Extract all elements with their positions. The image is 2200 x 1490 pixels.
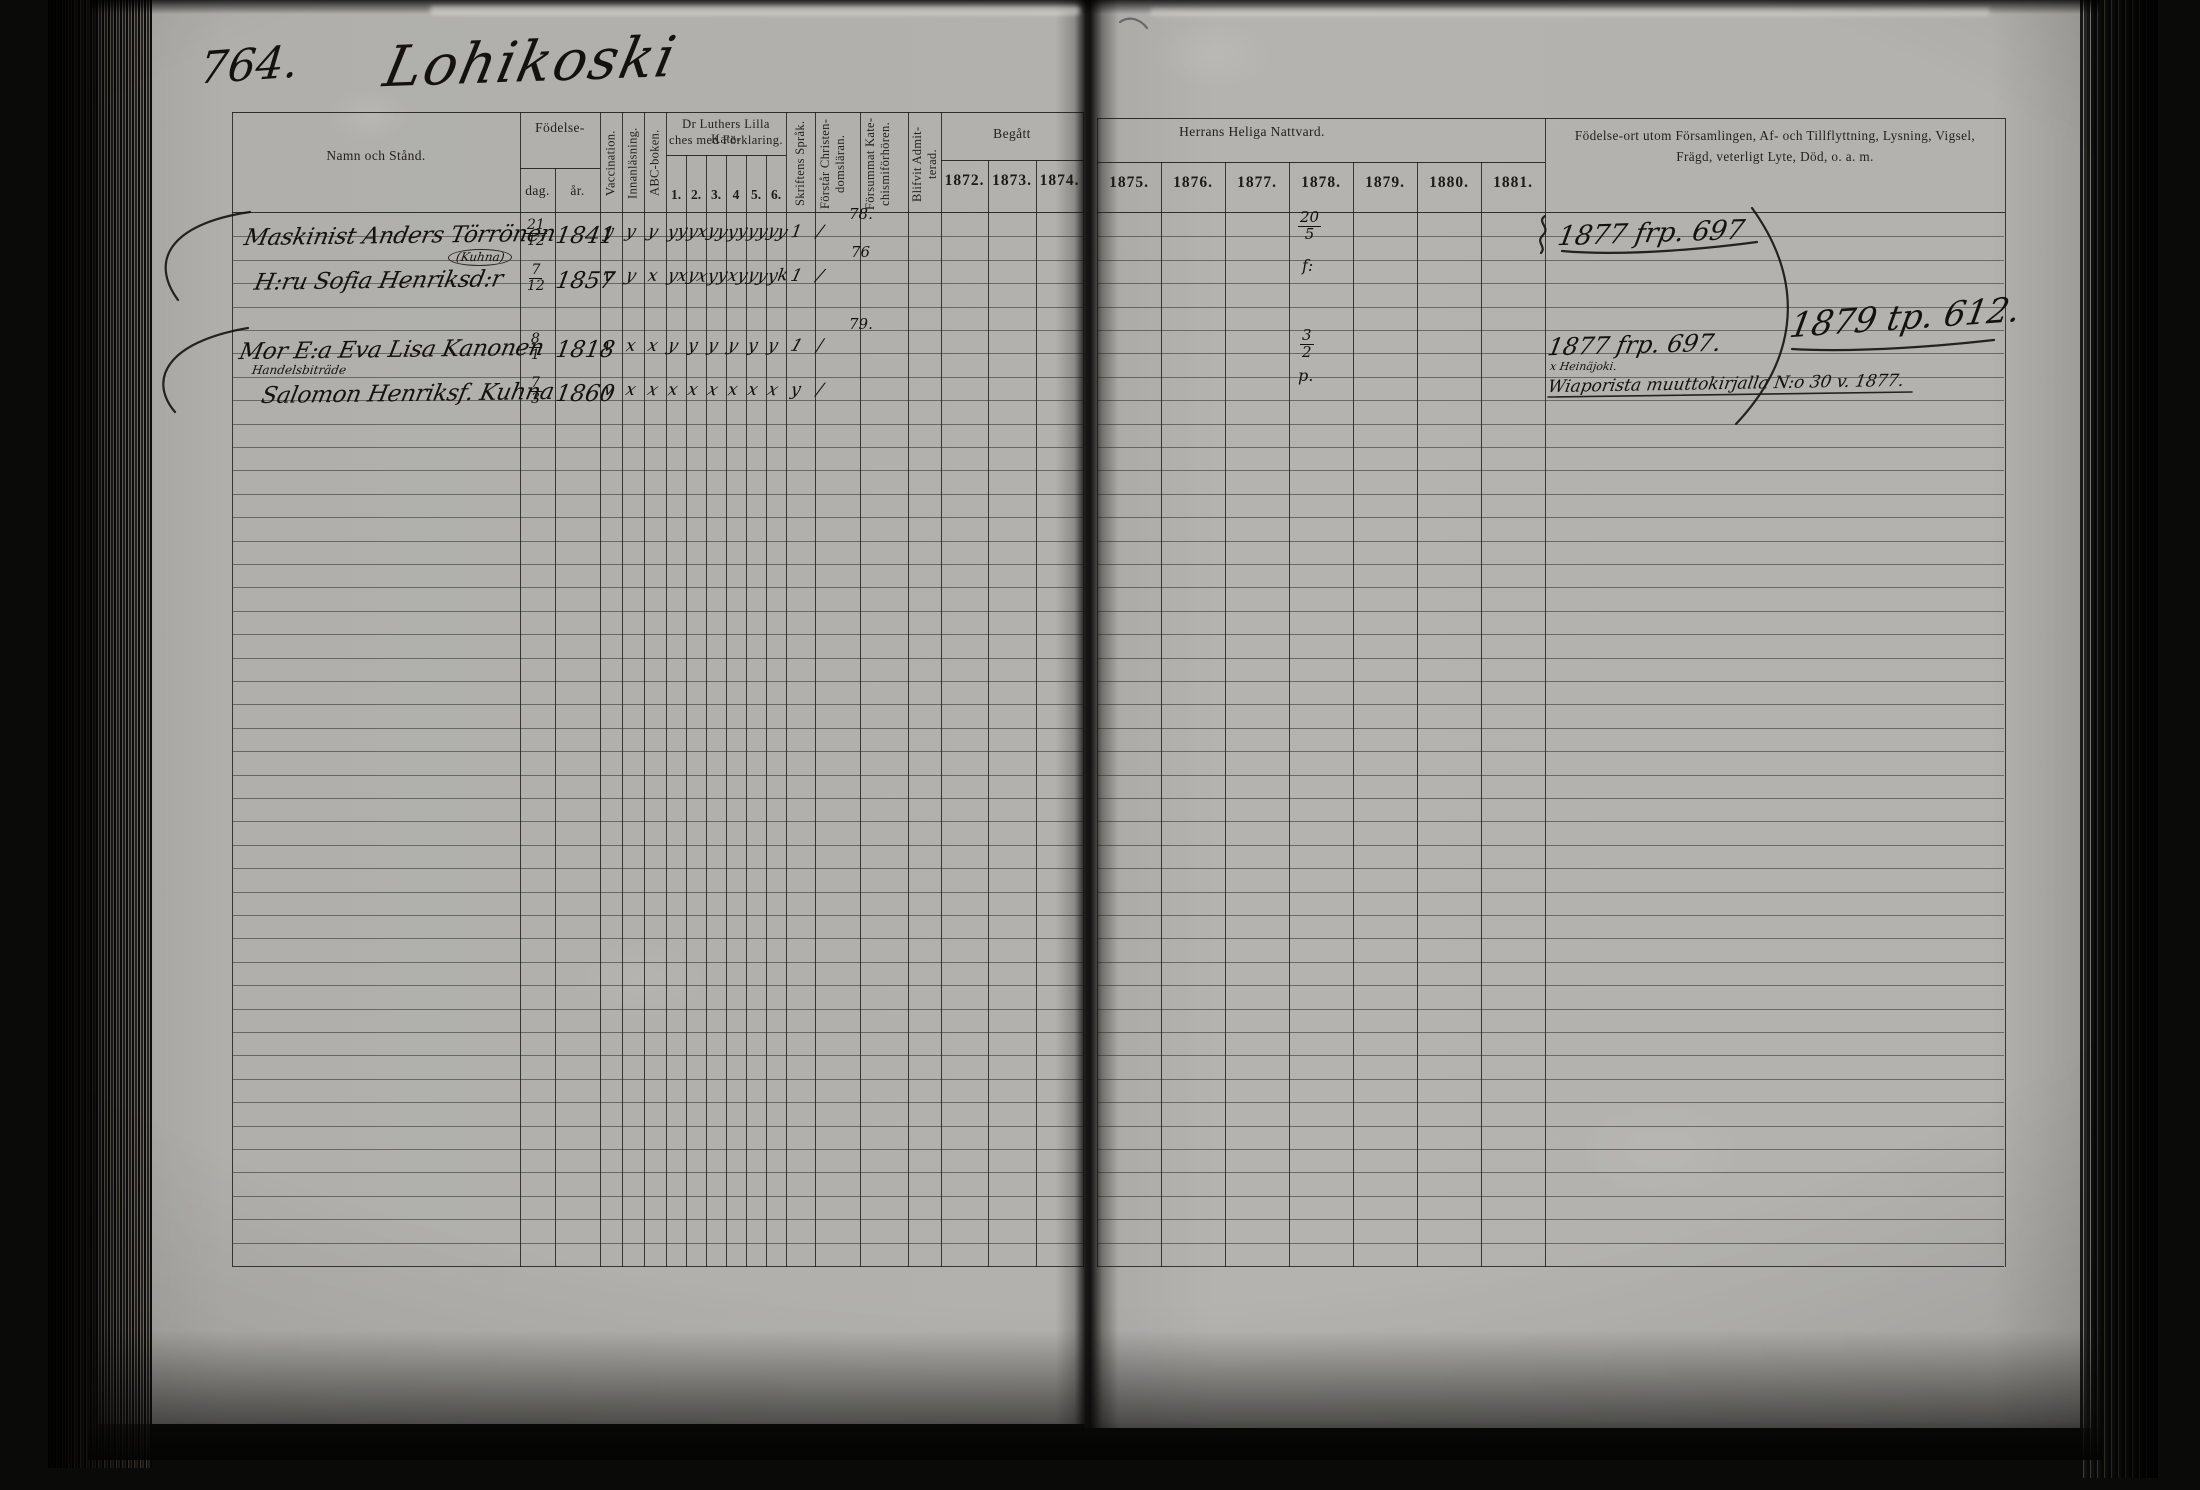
ruled-line [1097,611,2004,612]
grid-header-line [232,212,1083,213]
ruled-line [1097,1009,2004,1010]
birth-day: 7 [529,376,542,392]
ruled-line [1097,541,2004,542]
record-row-2-admit-note: 76 [851,243,870,261]
ruled-line [1097,1196,2004,1197]
ruled-line [233,1055,1083,1056]
record-row-1-birthdate: 21 12 [525,218,547,248]
ruled-line [1097,681,2004,682]
person-name: Eva Lisa Kanonen [336,335,546,364]
scanned-church-record-photo: { "page": { "number": "764.", "title": "… [0,0,2200,1490]
grid-column-line [686,155,687,1267]
ruled-line [233,681,1083,682]
record-row-2-communion-1878: f: [1302,256,1313,275]
ruled-line [1097,1266,2004,1267]
ruled-line [1097,634,2004,635]
ruled-line [1097,962,2004,963]
ruled-line [1097,845,2004,846]
record-row-3-admit-note: 79. [849,315,873,333]
ruled-line [1097,400,2004,401]
communion-month: 2 [1302,345,1312,361]
ruled-line [233,1009,1083,1010]
page-number: 764. [197,36,300,94]
right-page [1085,0,2091,1428]
person-name: Sofia Henriksd:r [312,266,505,295]
col-header-forstar: Förstår Christen- domsläran. [818,116,858,212]
ruled-line [1097,283,2004,284]
ruled-line [1097,1172,2004,1173]
col-header-birth-year: år. [555,183,600,199]
ruled-line [233,307,1083,308]
grid-column-line [706,155,707,1267]
left-page [96,0,1085,1424]
ruled-line [233,868,1083,869]
col-header-remarks-line1: Födelse-ort utom Församlingen, Af- och T… [1555,128,1995,144]
birth-month: 12 [527,234,545,249]
record-row-3-birthdate: 8 1 [529,332,542,362]
grid-column-line [1036,160,1037,1267]
year-header-1872: 1872. [941,172,988,190]
katekes-number: 5. [746,187,766,203]
ruled-line [1097,728,2004,729]
ruled-line [1097,1102,2004,1103]
ruled-line [233,962,1083,963]
record-row-4-name: Salomon Henriksf. Kuhna [259,379,556,409]
col-header-birth-group: Födelse- [520,120,600,136]
col-header-blifvit: Blifvit Admit- terad. [910,116,940,212]
katekes-part-numbers: 1. 2. 3. 4 5. 6. [666,187,786,203]
record-row-4-communion-1878: p. [1298,366,1313,385]
col-header-forsummat-line2: chismiförhören. [878,116,893,212]
ruled-line [1097,517,2004,518]
note-transfer-sub: x Heinäjoki. [1549,360,1618,373]
col-header-name: Namn och Stånd. [232,148,520,164]
ruled-line [1097,985,2004,986]
ruled-line [1097,447,2004,448]
communion-month: 5 [1305,227,1315,243]
record-row-4-birthdate: 7 3 [529,376,542,406]
ruled-line [233,1196,1083,1197]
ruled-line [233,1079,1083,1080]
ruled-line [233,494,1083,495]
ruled-line [1097,236,2004,237]
ruled-line [233,517,1083,518]
grid-header-line [1097,118,2005,119]
ruled-line [1097,704,2004,705]
ruled-line [233,845,1083,846]
grid-column-line [941,112,942,1267]
ruled-line [1097,564,2004,565]
ruled-line [233,1172,1083,1173]
birth-month: 12 [527,279,545,294]
katekes-number: 2. [686,187,706,203]
ruled-line [233,377,1083,378]
birth-month: 3 [531,392,540,407]
year-header-1876: 1876. [1161,174,1225,192]
occupation: Mor E:a [237,338,334,365]
ruled-line [1097,892,2004,893]
grid-column-line [746,155,747,1267]
ruled-line [1097,1126,2004,1127]
birth-day: 7 [529,263,542,279]
occupation: Maskinist [242,224,358,252]
col-header-birth-day: dag. [520,183,555,199]
record-row-1-name: Maskinist Anders Törrönen [242,221,558,251]
ruled-line [233,1243,1083,1244]
col-header-forstar-line1: Förstår Christen- [818,116,833,212]
grid-column-line [232,112,233,1267]
book-fore-edge-right [2080,0,2158,1478]
grid-header-line [941,160,1083,161]
ruled-line [233,1102,1083,1103]
grid-column-line [908,112,909,1267]
birth-day: 8 [529,332,542,348]
col-header-katekes-line2: ches med Förklaring. [666,133,786,148]
ruled-line [233,892,1083,893]
ruled-line [233,424,1083,425]
birth-month: 1 [531,348,540,363]
ruled-line [233,704,1083,705]
year-header-1874: 1874. [1036,172,1083,190]
ruled-line [233,1126,1083,1127]
grid-column-line [726,155,727,1267]
katekes-number: 4 [726,187,746,203]
ruled-line [1097,1243,2004,1244]
col-header-innanlasning: Innanläsning. [622,116,644,210]
grid-column-line [1545,118,1546,1267]
ruled-line [1097,798,2004,799]
record-row-2-name: H:ru Sofia Henriksd:r [252,266,505,295]
ruled-line [1097,424,2004,425]
year-header-1875: 1875. [1097,174,1161,192]
ruled-line [1097,494,2004,495]
col-header-skrift: Skriftens Språk. [786,116,815,210]
grid-column-line [644,112,645,1267]
ruled-line [233,634,1083,635]
grid-header-line [666,155,786,156]
katekes-number: 1. [666,187,686,203]
ruled-line [233,1266,1083,1267]
ruled-line [233,330,1083,331]
grid-column-line [988,160,989,1267]
birth-day: 21 [525,218,547,234]
ruled-line [233,1149,1083,1150]
year-header-1873: 1873. [988,172,1036,190]
col-header-vaccination: Vaccination. [600,116,622,210]
grid-column-line [766,155,767,1267]
grid-header-line [1097,162,1545,163]
col-header-blifvit-line1: Blifvit Admit- [910,116,925,212]
year-header-1881: 1881. [1481,174,1545,192]
ruled-line [233,611,1083,612]
book-fore-edge-left [48,0,152,1468]
record-row-1-admit-note: 78. [849,205,873,223]
occupation: H:ru [252,269,310,296]
record-row-1-communion-1878: 20 5 [1298,210,1321,243]
ruled-line [233,260,1083,261]
ruled-line [233,470,1083,471]
ruled-line [1097,1032,2004,1033]
grid-column-line [1083,112,1084,1267]
col-header-forsummat-line1: Försummat Kate- [863,116,878,212]
ruled-line [233,1219,1083,1220]
ruled-line [1097,868,2004,869]
grid-column-line [1097,118,1098,1267]
ruled-line [233,985,1083,986]
col-header-forstar-line2: domsläran. [833,116,848,212]
ruled-line [233,658,1083,659]
col-header-remarks-line2: Frägd, veterligt Lyte, Död, o. a. m. [1555,149,1995,165]
record-row-3-communion-1878: 3 2 [1300,328,1314,361]
ruled-line [1097,1149,2004,1150]
ruled-line [1097,915,2004,916]
ruled-line [233,564,1083,565]
grid-header-line [1097,212,2005,213]
ruled-line [233,775,1083,776]
year-header-1880: 1880. [1417,174,1481,192]
katekes-number: 3. [706,187,726,203]
year-header-1879: 1879. [1353,174,1417,192]
check-mark: yk [766,265,789,287]
grid-column-line [520,112,521,1267]
grid-header-line [520,168,600,169]
ruled-line [1097,938,2004,939]
ruled-line [1097,1219,2004,1220]
ruled-line [233,751,1083,752]
parish-title: Lohikoski [378,25,683,101]
ruled-line [233,798,1083,799]
katekes-number: 6. [766,187,786,203]
grid-column-line [786,112,787,1267]
ruled-line [1097,775,2004,776]
ruled-line [1097,821,2004,822]
col-header-blifvit-line2: terad. [925,116,940,212]
record-row-3-name: Mor E:a Eva Lisa Kanonen [237,335,546,365]
col-header-forsummat: Försummat Kate- chismiförhören. [863,116,905,212]
ruled-line [1097,751,2004,752]
col-header-nattvard: Herrans Heliga Nattvard. [1097,124,1407,140]
col-header-abc-boken: ABC-boken. [644,116,666,210]
ruled-line [1097,658,2004,659]
ruled-line [233,447,1083,448]
year-header-1878: 1878. [1289,174,1353,192]
col-header-begatt: Begått [941,126,1083,142]
ruled-line [1097,1055,2004,1056]
grid-column-line [860,112,861,1267]
grid-header-line [232,112,1083,113]
note-transfer-in-1877-2: 1877 frp. 697. [1545,329,1723,362]
ruled-line [233,1032,1083,1033]
ruled-line [233,821,1083,822]
ruled-line [233,587,1083,588]
ruled-line [1097,470,2004,471]
year-header-1877: 1877. [1225,174,1289,192]
ruled-line [233,728,1083,729]
ruled-line [1097,587,2004,588]
ruled-line [1097,260,2004,261]
ruled-line [233,541,1083,542]
record-row-4-occupation: Handelsbiträde [251,363,347,377]
ruled-line [1097,1079,2004,1080]
ruled-line [233,938,1083,939]
record-row-2-birthdate: 7 12 [527,263,545,293]
ruled-line [233,915,1083,916]
